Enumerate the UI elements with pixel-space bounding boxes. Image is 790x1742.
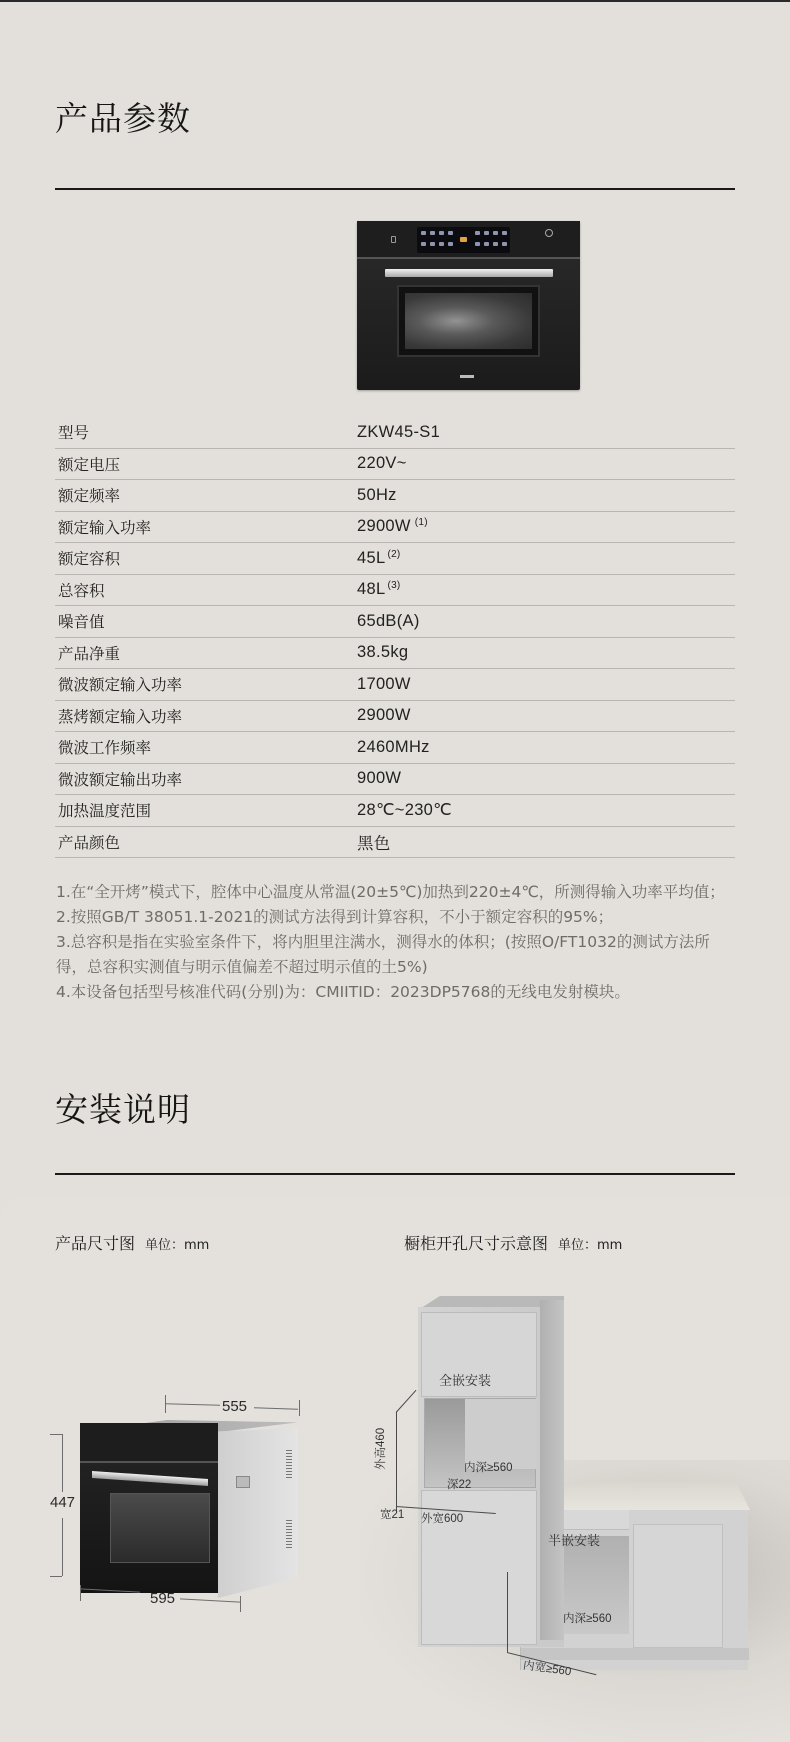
outer-height-label: 外高460 — [372, 1428, 388, 1470]
footnote-ref: (2) — [387, 549, 400, 560]
depth-dimension: 555 — [222, 1398, 247, 1415]
spec-label: 微波额定输出功率 — [55, 768, 357, 790]
spec-row: 蒸烤额定输入功率2900W — [55, 701, 735, 733]
touch-screen — [417, 227, 510, 253]
product-dims-heading: 产品尺寸图单位：mm — [55, 1231, 209, 1254]
footnote: 4.本设备包括型号核准代码(分别)为：CMIITID：2023DP5768的无线… — [56, 980, 736, 1005]
oven-front — [80, 1423, 218, 1593]
depth-22-label: 深22 — [447, 1476, 471, 1492]
wifi-icon — [545, 229, 553, 237]
section-title-install: 安装说明 — [55, 1084, 191, 1131]
cabinet-dims-heading: 橱柜开孔尺寸示意图单位：mm — [404, 1231, 622, 1254]
spec-row: 额定电压220V~ — [55, 449, 735, 481]
spec-row: 微波额定输出功率900W — [55, 764, 735, 796]
oven-handle — [385, 269, 553, 277]
spec-label: 微波工作频率 — [55, 736, 357, 758]
spec-value: 28℃~230℃ — [357, 800, 735, 820]
spec-row: 额定容积45L(2) — [55, 543, 735, 575]
spec-label: 产品净重 — [55, 642, 357, 664]
footnote: 2.按照GB/T 38051.1-2021的测试方法得到计算容积，不小于额定容积… — [56, 905, 736, 930]
spec-label: 蒸烤额定输入功率 — [55, 705, 357, 727]
unit-label: 单位：mm — [558, 1238, 622, 1253]
spec-value: ZKW45-S1 — [357, 423, 735, 442]
spec-row: 产品颜色黑色 — [55, 827, 735, 859]
spec-value: 1700W — [357, 675, 735, 694]
footnote-ref: (3) — [387, 580, 400, 591]
lock-icon — [391, 236, 396, 243]
spec-value: 黑色 — [357, 830, 735, 854]
full-embed-label: 全嵌安装 — [439, 1370, 491, 1389]
footnote: 3.总容积是指在实验室条件下，将内胆里注满水，测得水的体积；(按照O/FT103… — [56, 930, 736, 980]
oven-window — [397, 285, 540, 357]
spec-row: 型号ZKW45-S1 — [55, 417, 735, 449]
spec-value: 2900W(1) — [357, 517, 735, 536]
spec-label: 产品颜色 — [55, 831, 357, 853]
outer-width-label: 外宽600 — [421, 1510, 463, 1526]
spec-label: 总容积 — [55, 579, 357, 601]
product-image — [357, 221, 580, 390]
width-dimension: 595 — [150, 1590, 175, 1607]
section-title-params: 产品参数 — [55, 93, 191, 140]
spec-value: 2460MHz — [357, 738, 735, 757]
footnote-ref: (1) — [415, 517, 428, 528]
width-21-label: 宽21 — [380, 1506, 404, 1522]
brand-logo — [460, 375, 474, 378]
spec-label: 额定电压 — [55, 453, 357, 475]
spec-label: 额定输入功率 — [55, 516, 357, 538]
spec-value: 50Hz — [357, 486, 735, 505]
footnote: 1.在“全开烤”模式下，腔体中心温度从常温(20±5℃)加热到220±4℃，所测… — [56, 880, 736, 905]
spec-value: 65dB(A) — [357, 612, 735, 631]
spec-row: 额定频率50Hz — [55, 480, 735, 512]
spec-table: 型号ZKW45-S1 额定电压220V~ 额定频率50Hz 额定输入功率2900… — [55, 417, 735, 858]
spec-value: 900W — [357, 769, 735, 788]
spec-label: 加热温度范围 — [55, 799, 357, 821]
inner-depth-full-label: 内深≥560 — [464, 1459, 513, 1475]
control-panel — [357, 221, 580, 259]
spec-value: 38.5kg — [357, 643, 735, 662]
spec-label: 噪音值 — [55, 610, 357, 632]
spec-label: 额定频率 — [55, 484, 357, 506]
spec-row: 加热温度范围28℃~230℃ — [55, 795, 735, 827]
half-embed-label: 半嵌安装 — [548, 1530, 600, 1549]
spec-row: 微波工作频率2460MHz — [55, 732, 735, 764]
spec-value: 48L(3) — [357, 580, 735, 599]
spec-label: 额定容积 — [55, 547, 357, 569]
spec-value: 2900W — [357, 706, 735, 725]
section-divider — [55, 1173, 735, 1175]
inner-depth-half-label: 内深≥560 — [563, 1610, 612, 1626]
height-dimension: 447 — [50, 1494, 75, 1511]
spec-value: 220V~ — [357, 454, 735, 473]
unit-label: 单位：mm — [145, 1238, 209, 1253]
spec-row: 噪音值65dB(A) — [55, 606, 735, 638]
spec-label: 微波额定输入功率 — [55, 673, 357, 695]
footnotes: 1.在“全开烤”模式下，腔体中心温度从常温(20±5℃)加热到220±4℃，所测… — [56, 880, 736, 1005]
top-border — [0, 0, 790, 2]
spec-row: 总容积48L(3) — [55, 575, 735, 607]
spec-label: 型号 — [55, 421, 357, 443]
section-divider — [55, 188, 735, 190]
spec-row: 产品净重38.5kg — [55, 638, 735, 670]
spec-row: 额定输入功率2900W(1) — [55, 512, 735, 544]
spec-value: 45L(2) — [357, 549, 735, 568]
spec-row: 微波额定输入功率1700W — [55, 669, 735, 701]
